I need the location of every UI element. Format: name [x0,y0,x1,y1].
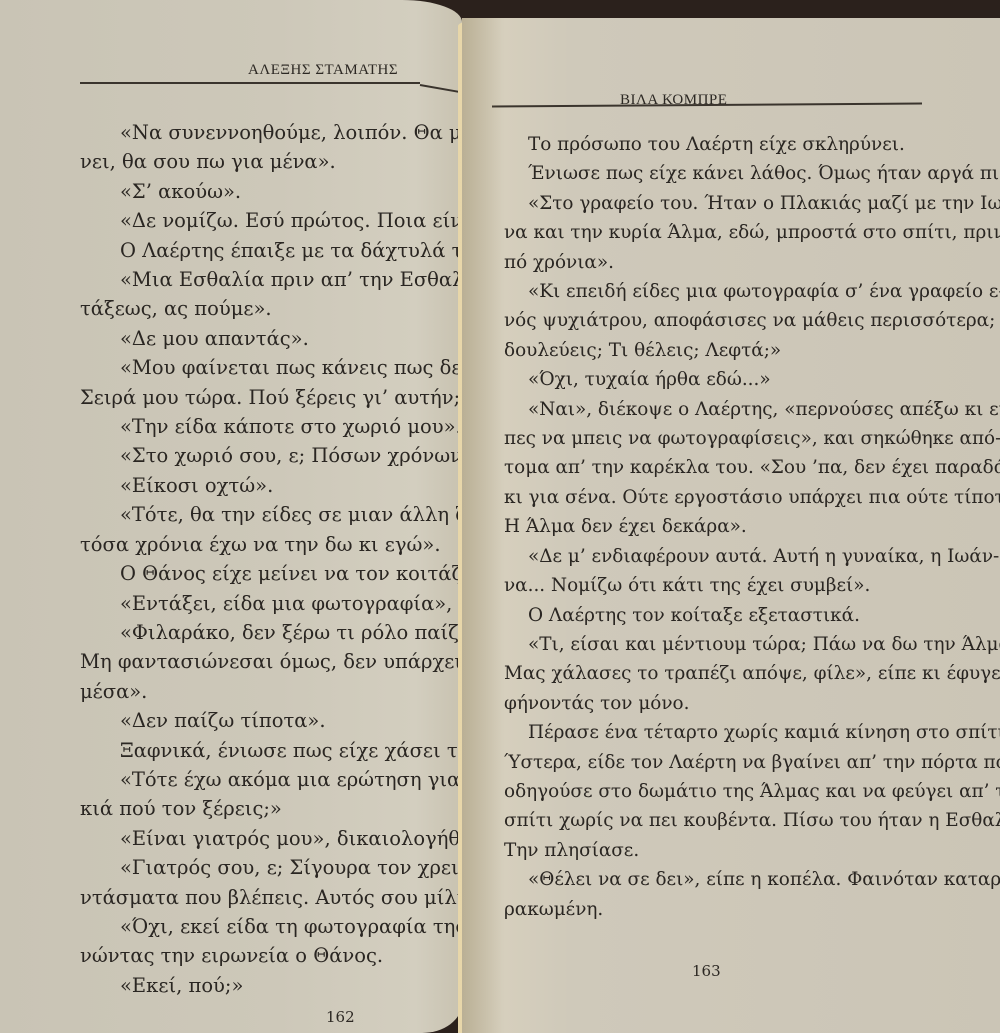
text-line: «Μου φαίνεται πως κάνεις πως δεν καταλαβ… [80,353,460,382]
text-line: «Στο γραφείο του. Ήταν ο Πλακιάς μαζί με… [504,189,994,218]
text-line: Ένιωσε πως είχε κάνει λάθος. Όμως ήταν α… [504,159,994,188]
text-line: Πέρασε ένα τέταρτο χωρίς καμιά κίνηση στ… [504,718,994,747]
text-line: νει, θα σου πω για μένα». [80,147,460,176]
text-line: να και την κυρία Άλμα, εδώ, μπροστά στο … [504,218,994,247]
page-number-left: 162 [326,1008,355,1026]
text-line: να... Νομίζω ότι κάτι της έχει συμβεί». [504,571,994,600]
text-line: «Εκεί, πού;» [80,971,460,1000]
text-line: «Είναι γιατρός μου», δικαιολογήθηκε. [80,824,460,853]
text-line: «Στο χωριό σου, ε; Πόσων χρόνων είσαι;» [80,441,460,470]
text-line: ντάσματα που βλέπεις. Αυτός σου μίλησε;» [80,883,460,912]
text-line: «Κι επειδή είδες μια φωτογραφία σ’ ένα γ… [504,277,994,306]
text-line: Ο Θάνος είχε μείνει να τον κοιτάζει. [80,559,460,588]
text-line: «Δε νομίζω. Εσύ πρώτος. Ποια είναι η Ιωά… [80,206,460,235]
gutter-shadow [462,18,502,1033]
header-rule-left-curve [420,84,460,93]
text-line: «Σ’ ακούω». [80,177,460,206]
text-line: τόσα χρόνια έχω να την δω κι εγώ». [80,530,460,559]
text-line: Ο Λαέρτης έπαιξε με τα δάχτυλά του. Μύτη… [80,236,460,265]
text-line: Ύστερα, είδε τον Λαέρτη να βγαίνει απ’ τ… [504,748,994,777]
text-line: «Ναι», διέκοψε ο Λαέρτης, «περνούσες απέ… [504,395,994,424]
text-line: Ο Λαέρτης τον κοίταξε εξεταστικά. [504,601,994,630]
text-line: κιά πού τον ξέρεις;» [80,794,460,823]
text-line: κι για σένα. Ούτε εργοστάσιο υπάρχει πια… [504,483,994,512]
text-line: «Να συνεννοηθούμε, λοιπόν. Θα μου πεις τ… [80,118,460,147]
text-line: Μας χάλασες το τραπέζι απόψε, φίλε», είπ… [504,659,994,688]
text-line: τομα απ’ την καρέκλα του. «Σου ’πα, δεν … [504,453,994,482]
text-line: «Την είδα κάποτε στο χωριό μου». [80,412,460,441]
text-line: «Μια Εσθαλία πριν απ’ την Εσθαλία. Υψηλο… [80,265,460,294]
text-line: «Δεν παίζω τίποτα». [80,706,460,735]
text-line: οδηγούσε στο δωμάτιο της Άλμας και να φε… [504,777,994,806]
text-line: Μη φαντασιώνεσαι όμως, δεν υπάρχει τίποτ… [80,647,460,676]
text-line: σπίτι χωρίς να πει κουβέντα. Πίσω του ήτ… [504,806,994,835]
right-page-body: Το πρόσωπο του Λαέρτη είχε σκληρύνει.Ένι… [504,130,994,924]
text-line: «Είκοσι οχτώ». [80,471,460,500]
text-line: Σειρά μου τώρα. Πού ξέρεις γι’ αυτήν;» [80,383,460,412]
text-line: νός ψυχιάτρου, αποφάσισες να μάθεις περι… [504,306,994,335]
text-line: ρακωμένη. [504,895,994,924]
text-line: πό χρόνια». [504,248,994,277]
text-line: πες να μπεις να φωτογραφίσεις», και σηκώ… [504,424,994,453]
text-line: τάξεως, ας πούμε». [80,294,460,323]
text-line: Την πλησίασε. [504,836,994,865]
text-line: «Όχι, τυχαία ήρθα εδώ...» [504,365,994,394]
running-head-left: ΑΛΕΞΗΣ ΣΤΑΜΑΤΗΣ [248,62,398,79]
text-line: δουλεύεις; Τι θέλεις; Λεφτά;» [504,336,994,365]
text-line: «Τότε, θα την είδες σε μιαν άλλη ζωή, γι… [80,500,460,529]
left-page-body: «Να συνεννοηθούμε, λοιπόν. Θα μου πεις τ… [80,118,460,1000]
text-line: «Θέλει να σε δει», είπε η κοπέλα. Φαινότ… [504,865,994,894]
text-line: «Δε μου απαντάς». [80,324,460,353]
text-line: «Εντάξει, είδα μια φωτογραφία», είπε τελ… [80,589,460,618]
text-line: «Τότε έχω ακόμα μια ερώτηση για σένα. Το… [80,765,460,794]
header-rule-left [80,82,420,84]
text-line: Η Άλμα δεν έχει δεκάρα». [504,512,994,541]
text-line: Ξαφνικά, ένιωσε πως είχε χάσει το πλεονέ… [80,736,460,765]
text-line: «Φιλαράκο, δεν ξέρω τι ρόλο παίζεις, τέλ… [80,618,460,647]
text-line: Το πρόσωπο του Λαέρτη είχε σκληρύνει. [504,130,994,159]
text-line: «Όχι, εκεί είδα τη φωτογραφία της», είπε… [80,912,460,941]
right-page: ΒΙΛΑ ΚΟΜΠΡΕ Το πρόσωπο του Λαέρτη είχε σ… [462,18,1000,1033]
text-line: φήνοντάς τον μόνο. [504,689,994,718]
text-line: μέσα». [80,677,460,706]
text-line: «Δε μ’ ενδιαφέρουν αυτά. Αυτή η γυναίκα,… [504,542,994,571]
text-line: «Γιατρός σου, ε; Σίγουρα τον χρειάζεσαι … [80,853,460,882]
text-line: «Τι, είσαι και μέντιουμ τώρα; Πάω να δω … [504,630,994,659]
text-line: νώντας την ειρωνεία ο Θάνος. [80,941,460,970]
left-page: ΑΛΕΞΗΣ ΣΤΑΜΑΤΗΣ «Να συνεννοηθούμε, λοιπό… [0,0,462,1033]
page-number-right: 163 [692,962,721,980]
